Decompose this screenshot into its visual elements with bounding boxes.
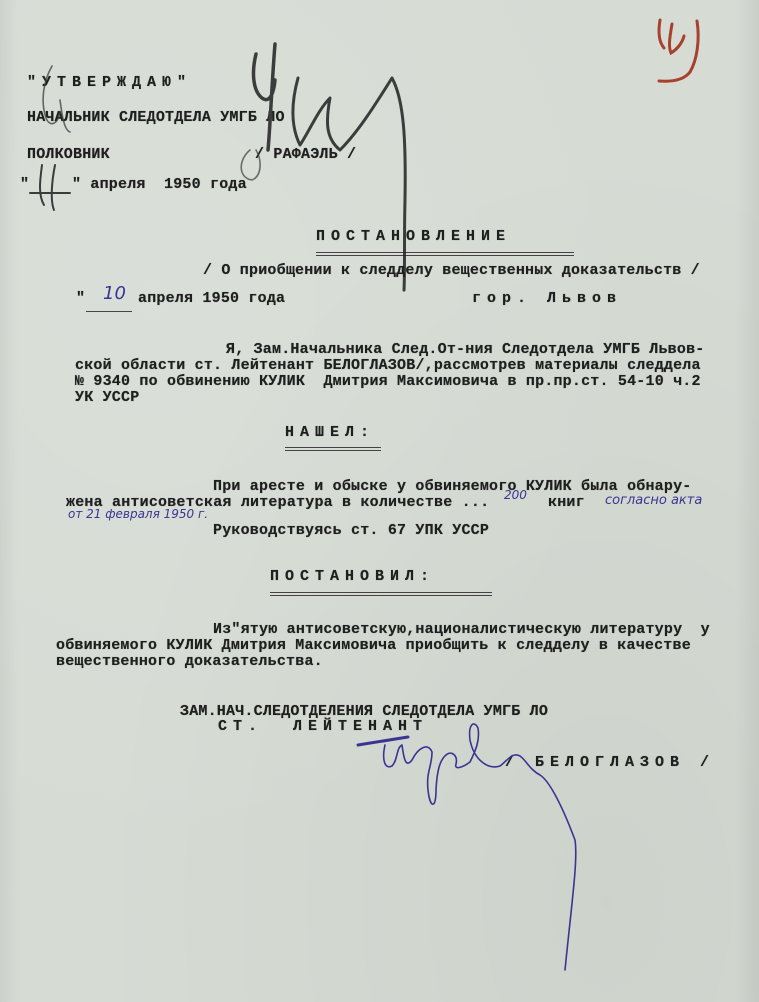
found-underline bbox=[285, 447, 381, 451]
document-date: апреля 1950 года bbox=[138, 290, 285, 307]
signer-name: / БЕЛОГЛАЗОВ / bbox=[505, 754, 715, 771]
intro-line-3: № 9340 по обвинению КУЛИК Дмитрия Максим… bbox=[75, 373, 701, 390]
resolved-line-2: обвиняемого КУЛИК Дмитрия Максимовича пр… bbox=[56, 637, 691, 654]
document-subtitle: / О приобщении к следделу вещественных д… bbox=[203, 262, 700, 279]
approver-position: НАЧАЛЬНИК СЛЕДОТДЕЛА УМГБ ЛО bbox=[27, 109, 285, 126]
document-title: ПОСТАНОВЛЕНИЕ bbox=[316, 228, 511, 245]
handwritten-book-count: 200 bbox=[504, 488, 527, 502]
resolved-underline bbox=[270, 592, 492, 596]
resolved-heading: ПОСТАНОВИЛ: bbox=[270, 568, 435, 585]
guided-by-line: Руководствуясь ст. 67 УПК УССР bbox=[213, 522, 489, 539]
approver-name: / РАФАЭЛЬ / bbox=[255, 146, 356, 163]
approval-label: "УТВЕРЖДАЮ" bbox=[27, 74, 192, 91]
approval-date: " апреля 1950 года bbox=[72, 176, 247, 193]
document-city: гор. Львов bbox=[472, 290, 622, 307]
handwritten-act-date: от 21 февраля 1950 г. bbox=[68, 507, 208, 521]
found-heading: НАШЕЛ: bbox=[285, 424, 375, 441]
handwritten-day: 10 bbox=[103, 283, 126, 304]
intro-line-4: УК УССР bbox=[75, 389, 139, 406]
day-blank-line bbox=[86, 311, 132, 312]
approver-rank: ПОЛКОВНИК bbox=[27, 146, 110, 163]
signer-rank: СТ. ЛЕЙТЕНАНТ bbox=[218, 718, 428, 735]
handwritten-per-act: согласно акта bbox=[605, 493, 702, 508]
place-date-quote: " bbox=[76, 290, 85, 307]
intro-line-2: ской области ст. Лейтенант БЕЛОГЛАЗОВ/,р… bbox=[75, 357, 701, 374]
approval-date-quote: " bbox=[20, 176, 29, 193]
resolved-line-3: вещественного доказательства. bbox=[56, 653, 323, 670]
resolved-line-1: Из"ятую антисоветскую,националистическую… bbox=[213, 621, 710, 638]
title-underline bbox=[316, 252, 574, 256]
typed-unit: книг bbox=[548, 494, 585, 511]
intro-line-1: Я, Зам.Начальника След.От-ния Следотдела… bbox=[226, 341, 704, 358]
